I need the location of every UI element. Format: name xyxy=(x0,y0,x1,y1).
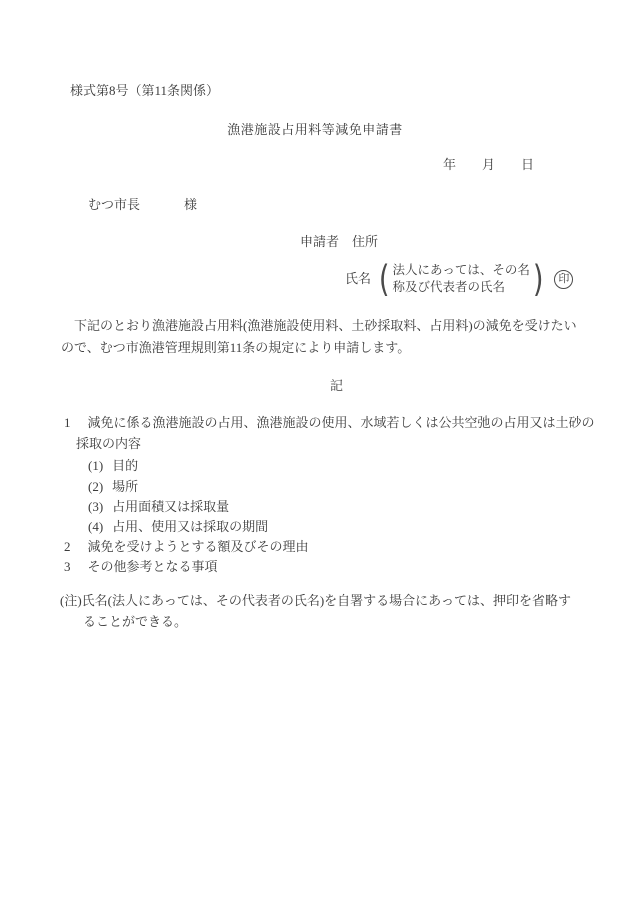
subitem-2-label: 場所 xyxy=(112,479,138,494)
corporate-name-note-line1: 法人にあっては、その名 xyxy=(393,262,530,279)
list-subitem-2: (2)場所 xyxy=(88,478,138,496)
subitem-4-label: 占用、使用又は採取の期間 xyxy=(112,519,268,534)
item-2-label: 減免を受けようとする額及びその理由 xyxy=(88,539,309,554)
addressee-honorific: 様 xyxy=(184,197,197,212)
year-label: 年 xyxy=(443,156,456,174)
list-subitem-3: (3)占用面積又は採取量 xyxy=(88,498,229,516)
corporate-name-note-line2: 称及び代表者の氏名 xyxy=(393,279,530,296)
list-item-3: 3その他参考となる事項 xyxy=(64,558,218,576)
item-1-number: 1 xyxy=(64,415,71,430)
addressee-name: むつ市長 xyxy=(88,197,140,212)
subitem-3-number: (3) xyxy=(88,499,103,514)
month-label: 月 xyxy=(482,156,495,174)
list-subitem-4: (4)占用、使用又は採取の期間 xyxy=(88,518,268,536)
note-line-2: ることができる。 xyxy=(83,613,187,631)
item-3-number: 3 xyxy=(64,559,71,574)
document-page: 様式第8号（第11条関係） 漁港施設占用料等減免申請書 年 月 日 むつ市長様 … xyxy=(0,0,630,915)
subitem-3-label: 占用面積又は採取量 xyxy=(112,499,229,514)
seal-icon: 印 xyxy=(554,270,573,289)
corporate-name-note: 法人にあっては、その名 称及び代表者の氏名 xyxy=(393,262,530,296)
item-3-label: その他参考となる事項 xyxy=(88,559,218,574)
subitem-1-number: (1) xyxy=(88,458,103,473)
subitem-1-label: 目的 xyxy=(112,458,138,473)
note-line-1: (注)氏名(法人にあっては、その代表者の氏名)を自署する場合にあっては、押印を省… xyxy=(60,592,571,610)
addressee-line: むつ市長様 xyxy=(88,196,197,214)
item-2-number: 2 xyxy=(64,539,71,554)
form-number: 様式第8号（第11条関係） xyxy=(70,82,219,100)
applicant-label: 申請者 xyxy=(300,234,339,249)
applicant-line: 申請者住所 xyxy=(300,233,378,251)
subitem-4-number: (4) xyxy=(88,519,103,534)
list-item-1: 1減免に係る漁港施設の占用、漁港施設の使用、水域若しくは公共空弛の占用又は土砂の xyxy=(64,414,595,432)
applicant-name-label: 氏名 xyxy=(345,270,371,288)
applicant-name-line: 氏名 ( 法人にあっては、その名 称及び代表者の氏名 ) 印 xyxy=(345,262,573,296)
day-label: 日 xyxy=(521,156,534,174)
applicant-address-label: 住所 xyxy=(352,234,378,249)
item-1-text-line1: 減免に係る漁港施設の占用、漁港施設の使用、水域若しくは公共空弛の占用又は土砂の xyxy=(88,415,595,430)
date-line: 年 月 日 xyxy=(443,156,534,174)
bracket-close-icon: ) xyxy=(533,259,544,298)
record-marker: 記 xyxy=(330,377,344,395)
body-line-1: 下記のとおり漁港施設占用料(漁港施設使用料、土砂採取料、占用料)の減免を受けたい xyxy=(61,317,577,335)
subitem-2-number: (2) xyxy=(88,479,103,494)
list-item-2: 2減免を受けようとする額及びその理由 xyxy=(64,538,309,556)
item-1-text-line2: 採取の内容 xyxy=(76,435,141,453)
body-line-2: ので、むつ市漁港管理規則第11条の規定により申請します。 xyxy=(61,339,410,357)
document-title: 漁港施設占用料等減免申請書 xyxy=(0,121,630,139)
list-subitem-1: (1)目的 xyxy=(88,457,138,475)
bracket-open-icon: ( xyxy=(379,259,390,298)
